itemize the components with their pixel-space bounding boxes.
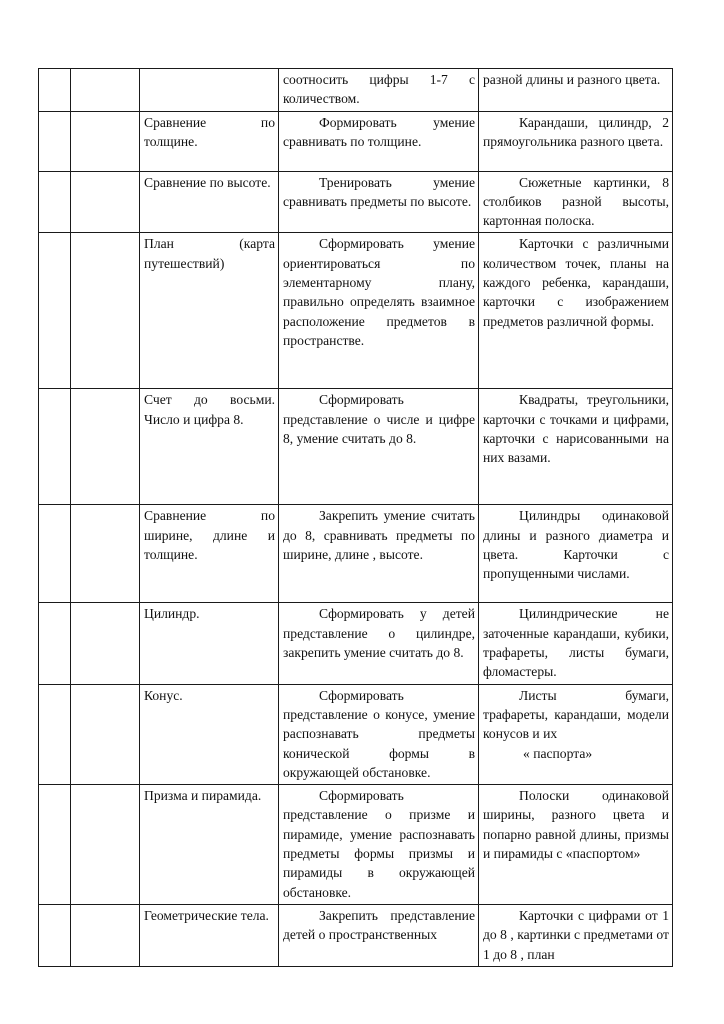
cell-number [39, 171, 71, 233]
table-row: Конус. Сформировать представление о кону… [39, 684, 673, 784]
cell-goal: Закрепить представление детей о простран… [279, 904, 479, 966]
cell-number [39, 389, 71, 505]
cell-materials: Сюжетные картинки, 8 столбиков разной вы… [479, 171, 673, 233]
cell-goal: Сформировать представление о числе и циф… [279, 389, 479, 505]
cell-topic: Призма и пирамида. [140, 785, 279, 905]
cell-goal: Формировать умение сравнивать по толщине… [279, 111, 479, 171]
table-row: Цилиндр. Сформировать у детей представле… [39, 603, 673, 684]
cell-topic: Счет до восьми. Число и цифра 8. [140, 389, 279, 505]
cell-number [39, 233, 71, 389]
cell-topic: Сравнение по толщине. [140, 111, 279, 171]
cell-materials: Карточки с цифрами от 1 до 8 , картинки … [479, 904, 673, 966]
cell-topic [140, 69, 279, 112]
cell-date [71, 69, 140, 112]
cell-number [39, 505, 71, 603]
table-row: соотносить цифры 1-7 с количеством. разн… [39, 69, 673, 112]
cell-materials: Цилиндрические не заточенные карандаши, … [479, 603, 673, 684]
table-row: Сравнение по толщине. Формировать умение… [39, 111, 673, 171]
materials-text: Листы бумаги, трафареты, карандаши, моде… [483, 688, 669, 742]
cell-materials: Цилиндры одинаковой длины и разного диам… [479, 505, 673, 603]
cell-goal: Сформировать представление о конусе, уме… [279, 684, 479, 784]
cell-topic: Конус. [140, 684, 279, 784]
cell-materials: Карточки с различными количеством точек,… [479, 233, 673, 389]
cell-topic: Геометрические тела. [140, 904, 279, 966]
cell-goal: соотносить цифры 1-7 с количеством. [279, 69, 479, 112]
cell-number [39, 684, 71, 784]
cell-number [39, 603, 71, 684]
cell-number [39, 111, 71, 171]
table-row: Призма и пирамида. Сформировать представ… [39, 785, 673, 905]
cell-goal: Тренировать умение сравнивать предметы п… [279, 171, 479, 233]
lesson-plan-table: соотносить цифры 1-7 с количеством. разн… [38, 68, 673, 967]
cell-materials: Карандаши, цилиндр, 2 прямоугольника раз… [479, 111, 673, 171]
cell-topic: Цилиндр. [140, 603, 279, 684]
cell-date [71, 171, 140, 233]
materials-text-extra: « паспорта» [483, 744, 669, 763]
cell-date [71, 785, 140, 905]
cell-date [71, 111, 140, 171]
cell-materials: Квадраты, треугольники, карточки с точка… [479, 389, 673, 505]
cell-date [71, 233, 140, 389]
cell-date [71, 603, 140, 684]
cell-date [71, 505, 140, 603]
table-row: Сравнение по ширине, длине и толщине. За… [39, 505, 673, 603]
cell-number [39, 69, 71, 112]
cell-materials: разной длины и разного цвета. [479, 69, 673, 112]
cell-goal: Сформировать представление о призме и пи… [279, 785, 479, 905]
table-row: План (карта путешествий) Сформировать ум… [39, 233, 673, 389]
cell-materials: Листы бумаги, трафареты, карандаши, моде… [479, 684, 673, 784]
cell-date [71, 684, 140, 784]
table-row: Счет до восьми. Число и цифра 8. Сформир… [39, 389, 673, 505]
cell-date [71, 389, 140, 505]
cell-materials: Полоски одинаковой ширины, разного цвета… [479, 785, 673, 905]
cell-topic: Сравнение по ширине, длине и толщине. [140, 505, 279, 603]
table-row: Сравнение по высоте. Тренировать умение … [39, 171, 673, 233]
cell-number [39, 904, 71, 966]
cell-number [39, 785, 71, 905]
cell-goal: Сформировать умение ориентироваться по э… [279, 233, 479, 389]
cell-date [71, 904, 140, 966]
cell-topic: Сравнение по высоте. [140, 171, 279, 233]
cell-goal: Закрепить умение считать до 8, сравниват… [279, 505, 479, 603]
cell-goal: Сформировать у детей представление о цил… [279, 603, 479, 684]
table-row: Геометрические тела. Закрепить представл… [39, 904, 673, 966]
document-page: соотносить цифры 1-7 с количеством. разн… [0, 0, 724, 1024]
cell-topic: План (карта путешествий) [140, 233, 279, 389]
